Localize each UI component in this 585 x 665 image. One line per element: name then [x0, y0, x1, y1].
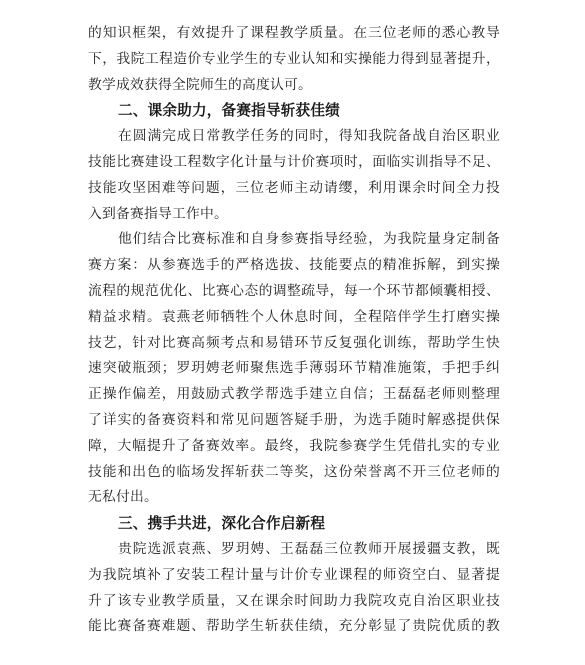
text-line: 入到备赛指导工作中。 [88, 202, 500, 228]
text-line: 技能比赛建设工程数字化计量与计价赛项时，面临实训指导不足、 [88, 150, 500, 176]
text-line: 能比赛备赛难题、帮助学生斩获佳绩，充分彰显了贵院优质的教 [88, 614, 500, 640]
document-text-block: 的知识框架，有效提升了课程教学质量。在三位老师的悉心教导 下，我院工程造价专业学… [88, 21, 500, 640]
paragraph-first-line: 他们结合比赛标准和自身参赛指导经验，为我院量身定制备 [88, 227, 500, 253]
text-line: 精益求精。袁燕老师牺牲个人休息时间，全程陪伴学生打磨实操 [88, 305, 500, 331]
text-line: 了详实的备赛资料和常见问题答疑手册，为选手随时解惑提供保 [88, 408, 500, 434]
text-line: 下，我院工程造价专业学生的专业认知和实操能力得到显著提升， [88, 47, 500, 73]
section-heading-2: 二、课余助力，备赛指导斩获佳绩 [88, 98, 500, 124]
section-heading-3: 三、携手共进，深化合作启新程 [88, 511, 500, 537]
text-line: 无私付出。 [88, 485, 500, 511]
text-line: 速突破瓶颈；罗玥娉老师聚焦选手薄弱环节精准施策，手把手纠 [88, 356, 500, 382]
text-line: 升了该专业教学质量，又在课余时间助力我院攻克自治区职业技 [88, 589, 500, 615]
text-line: 技能和出色的临场发挥斩获二等奖，这份荣誉离不开三位老师的 [88, 460, 500, 486]
text-line: 障，大幅提升了备赛效率。最终，我院参赛学生凭借扎实的专业 [88, 434, 500, 460]
document-page: 的知识框架，有效提升了课程教学质量。在三位老师的悉心教导 下，我院工程造价专业学… [0, 0, 585, 665]
text-line: 赛方案：从参赛选手的严格选拔、技能要点的精准拆解，到实操 [88, 253, 500, 279]
paragraph-first-line: 在圆满完成日常教学任务的同时，得知我院备战自治区职业 [88, 124, 500, 150]
paragraph-first-line: 贵院选派袁燕、罗玥娉、王磊磊三位教师开展援疆支教，既 [88, 537, 500, 563]
text-line: 正操作偏差，用鼓励式教学帮选手建立自信；王磊磊老师则整理 [88, 382, 500, 408]
text-line: 技能攻坚困难等问题，三位老师主动请缨，利用课余时间全力投 [88, 176, 500, 202]
text-line: 技艺，针对比赛高频考点和易错环节反复强化训练，帮助学生快 [88, 331, 500, 357]
text-line: 的知识框架，有效提升了课程教学质量。在三位老师的悉心教导 [88, 21, 500, 47]
text-line: 为我院填补了安装工程计量与计价专业课程的师资空白、显著提 [88, 563, 500, 589]
text-line: 教学成效获得全院师生的高度认可。 [88, 73, 500, 99]
text-line: 流程的规范优化、比赛心态的调整疏导，每一个环节都倾囊相授、 [88, 279, 500, 305]
